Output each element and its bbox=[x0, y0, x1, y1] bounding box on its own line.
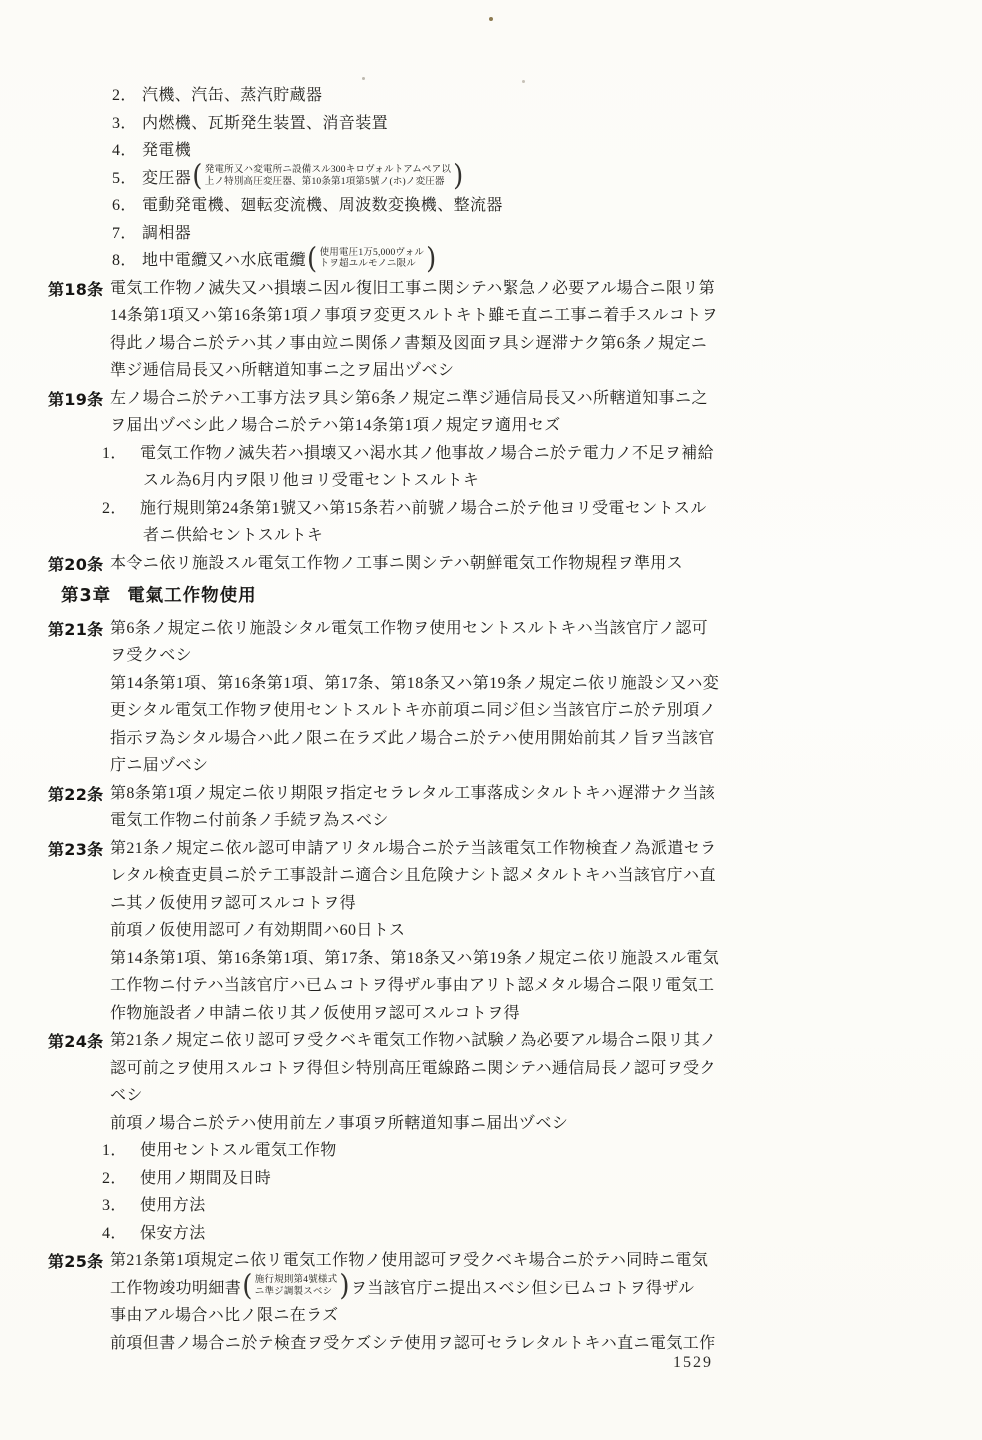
item-number: 2． bbox=[112, 82, 142, 105]
document-page: 2．汽機、汽缶、蒸汽貯蔵器3．内燃機、瓦斯発生装置、消音装置4．発電機5．変圧器… bbox=[0, 0, 982, 1440]
text-line: 電気工作物ノ滅失又ハ損壊ニ因ル復旧工事ニ関シテハ緊急ノ必要アル場合ニ限リ第 bbox=[100, 273, 738, 301]
line-text: 前項ノ仮使用認可ノ有効期間ハ60日トス bbox=[110, 917, 405, 940]
text-line: ヲ届出ヅベシ此ノ場合ニ於テハ第14条第1項ノ規定ヲ適用セズ bbox=[100, 410, 738, 438]
line-text: ヲ当該官庁ニ提出スベシ但シ已ムコトヲ得ザル bbox=[351, 1275, 695, 1298]
numbered-item-line: 2．使用ノ期間及日時 bbox=[100, 1163, 738, 1191]
warichu-open-paren: ( bbox=[307, 244, 318, 273]
text-line: 前項但書ノ場合ニ於テ検査ヲ受ケズシテ使用ヲ認可セラレタルトキハ直ニ電気工作 bbox=[100, 1328, 738, 1356]
line-text: 第14条第1項、第16条第1項、第17条、第18条又ハ第19条ノ規定ニ依リ施設ス… bbox=[110, 945, 719, 968]
text-line: ヲ受クベシ bbox=[100, 640, 738, 668]
line-text: 認可前之ヲ使用スルコトヲ得但シ特別高圧電線路ニ関シテハ逓信局長ノ認可ヲ受ク bbox=[110, 1055, 716, 1078]
line-text: 工作物ニ付テハ当該官庁ハ已ムコトヲ得ザル事由アリト認メタル場合ニ限リ電気工 bbox=[110, 972, 714, 995]
text-line: ベシ bbox=[100, 1080, 738, 1108]
article-section: 第24条第21条ノ規定ニ依リ認可ヲ受クベキ電気工作物ハ試験ノ為必要アル場合ニ限リ… bbox=[48, 1025, 738, 1245]
line-text: 使用ノ期間及日時 bbox=[140, 1165, 271, 1188]
line-text: 第21条第1項規定ニ依リ電気工作物ノ使用認可ヲ受クベキ場合ニ於テハ同時ニ電気 bbox=[110, 1247, 708, 1270]
text-line: 作物施設者ノ申請ニ依リ其ノ仮使用ヲ認可スルコトヲ得 bbox=[100, 998, 738, 1026]
text-line: 電気工作物ニ付前条ノ手続ヲ為スベシ bbox=[100, 805, 738, 833]
item-number: 3． bbox=[102, 1192, 140, 1215]
line-text: 14条第1項又ハ第16条第1項ノ事項ヲ変更スルトキト雖モ直ニ工事ニ着手スルコトヲ bbox=[110, 302, 718, 325]
item-number: 4． bbox=[102, 1220, 140, 1243]
page-number: 1529 bbox=[673, 1354, 713, 1372]
item-number: 6． bbox=[112, 192, 142, 215]
line-text: 前項但書ノ場合ニ於テ検査ヲ受ケズシテ使用ヲ認可セラレタルトキハ直ニ電気工作 bbox=[110, 1330, 716, 1353]
text-line: 指示ヲ為シタル場合ハ此ノ限ニ在ラズ此ノ場合ニ於テハ使用開始前其ノ旨ヲ当該官 bbox=[100, 723, 738, 751]
item-number: 7． bbox=[112, 220, 142, 243]
warichu-close-paren: ) bbox=[453, 162, 464, 191]
text-line: 事由アル場合ハ比ノ限ニ在ラズ bbox=[100, 1300, 738, 1328]
line-text: 指示ヲ為シタル場合ハ此ノ限ニ在ラズ此ノ場合ニ於テハ使用開始前其ノ旨ヲ当該官 bbox=[110, 725, 715, 748]
chapter-number: 第3章 bbox=[61, 582, 111, 607]
numbered-item-line: 7．調相器 bbox=[100, 218, 738, 246]
article-number-label: 第21条 bbox=[48, 617, 103, 640]
numbered-item-line: 2．施行規則第24条第1號又ハ第15条若ハ前號ノ場合ニ於テ他ヨリ受電セントスル bbox=[100, 493, 738, 521]
chapter-title: 電氣工作物使用 bbox=[127, 582, 257, 607]
scan-speck bbox=[522, 80, 525, 83]
numbered-item-line: 6．電動発電機、廻転変流機、周波数変換機、整流器 bbox=[100, 190, 738, 218]
line-text: 使用方法 bbox=[140, 1192, 206, 1215]
article-number-label: 第25条 bbox=[48, 1249, 103, 1272]
numbered-item-line: 1．使用セントスル電気工作物 bbox=[100, 1135, 738, 1163]
article-section: 第25条第21条第1項規定ニ依リ電気工作物ノ使用認可ヲ受クベキ場合ニ於テハ同時ニ… bbox=[48, 1245, 738, 1355]
line-text: 汽機、汽缶、蒸汽貯蔵器 bbox=[142, 82, 322, 105]
article-section: 第22条第8条第1項ノ規定ニ依リ期限ヲ指定セラレタル工事落成シタルトキハ遅滞ナク… bbox=[48, 778, 738, 833]
text-line: 認可前之ヲ使用スルコトヲ得但シ特別高圧電線路ニ関シテハ逓信局長ノ認可ヲ受ク bbox=[100, 1053, 738, 1081]
text-line: 左ノ場合ニ於テハ工事方法ヲ具シ第6条ノ規定ニ準ジ逓信局長又ハ所轄道知事ニ之 bbox=[100, 383, 738, 411]
inline-note: (発電所又ハ変電所ニ設備スル300キロヴォルトアムペア以上ノ特別高圧変圧器、第1… bbox=[192, 163, 463, 191]
text-line: 前項ノ場合ニ於テハ使用前左ノ事項ヲ所轄道知事ニ届出ヅベシ bbox=[100, 1108, 738, 1136]
text-line: 更シタル電気工作物ヲ使用セントスルトキ亦前項ニ同ジ但シ当該官庁ニ於テ別項ノ bbox=[100, 695, 738, 723]
text-line: ニ其ノ仮使用ヲ認可スルコトヲ得 bbox=[100, 888, 738, 916]
warichu-lines: 施行規則第4號様式ニ準ジ調製スベシ bbox=[255, 1275, 338, 1297]
text-line: レタル検査吏員ニ於テ工事設計ニ適合シ且危険ナシト認メタルトキハ当該官庁ハ直 bbox=[100, 860, 738, 888]
numbered-item-line: 1．電気工作物ノ滅失若ハ損壊又ハ渇水其ノ他事故ノ場合ニ於テ電力ノ不足ヲ補給 bbox=[100, 438, 738, 466]
chapter-heading: 第3章電氣工作物使用 bbox=[48, 581, 738, 609]
document-content: 2．汽機、汽缶、蒸汽貯蔵器3．内燃機、瓦斯発生装置、消音装置4．発電機5．変圧器… bbox=[48, 80, 738, 1355]
numbered-item-line: 4．保安方法 bbox=[100, 1218, 738, 1246]
text-line: 第14条第1項、第16条第1項、第17条、第18条又ハ第19条ノ規定ニ依リ施設シ… bbox=[100, 668, 738, 696]
numbered-item-line: 8．地中電纜又ハ水底電纜(使用電圧1万5,000ヴォルトヲ超ユルモノニ限ル) bbox=[100, 245, 738, 273]
line-text: 第21条ノ規定ニ依ル認可申請アリタル場合ニ於テ当該電気工作物検査ノ為派遣セラ bbox=[110, 835, 717, 858]
article-section: 第18条電気工作物ノ滅失又ハ損壊ニ因ル復旧工事ニ関シテハ緊急ノ必要アル場合ニ限リ… bbox=[48, 273, 738, 383]
text-line: 第21条ノ規定ニ依リ認可ヲ受クベキ電気工作物ハ試験ノ為必要アル場合ニ限リ其ノ bbox=[100, 1025, 738, 1053]
line-text: ヲ届出ヅベシ此ノ場合ニ於テハ第14条第1項ノ規定ヲ適用セズ bbox=[110, 412, 561, 435]
line-text: 本令ニ依リ施設スル電気工作物ノ工事ニ関シテハ朝鮮電気工作物規程ヲ準用ス bbox=[110, 550, 683, 573]
text-line: 14条第1項又ハ第16条第1項ノ事項ヲ変更スルトキト雖モ直ニ工事ニ着手スルコトヲ bbox=[100, 300, 738, 328]
line-text: 作物施設者ノ申請ニ依リ其ノ仮使用ヲ認可スルコトヲ得 bbox=[110, 1000, 520, 1023]
text-line: 準ジ逓信局長又ハ所轄道知事ニ之ヲ届出ヅベシ bbox=[100, 355, 738, 383]
line-text: 保安方法 bbox=[140, 1220, 206, 1243]
warichu-open-paren: ( bbox=[192, 162, 203, 191]
line-text: 得此ノ場合ニ於テハ其ノ事由竝ニ関係ノ書類及図面ヲ具シ遅滞ナク第6条ノ規定ニ bbox=[110, 330, 707, 353]
line-text: 施行規則第24条第1號又ハ第15条若ハ前號ノ場合ニ於テ他ヨリ受電セントスル bbox=[140, 495, 707, 518]
numbered-item-line: 2．汽機、汽缶、蒸汽貯蔵器 bbox=[100, 80, 738, 108]
line-text: 調相器 bbox=[142, 220, 191, 243]
warichu-line: 使用電圧1万5,000ヴォル bbox=[320, 248, 425, 259]
line-text: 第8条第1項ノ規定ニ依リ期限ヲ指定セラレタル工事落成シタルトキハ遅滞ナク当該 bbox=[110, 780, 715, 803]
warichu-open-paren: ( bbox=[242, 1272, 253, 1301]
line-text: レタル検査吏員ニ於テ工事設計ニ適合シ且危険ナシト認メタルトキハ当該官庁ハ直 bbox=[110, 862, 716, 885]
line-text: 電動発電機、廻転変流機、周波数変換機、整流器 bbox=[142, 192, 503, 215]
article-section: 第23条第21条ノ規定ニ依ル認可申請アリタル場合ニ於テ当該電気工作物検査ノ為派遣… bbox=[48, 833, 738, 1026]
line-text: ベシ bbox=[110, 1082, 143, 1105]
text-line: 第14条第1項、第16条第1項、第17条、第18条又ハ第19条ノ規定ニ依リ施設ス… bbox=[100, 943, 738, 971]
item-number: 5． bbox=[112, 165, 142, 188]
text-line: 第8条第1項ノ規定ニ依リ期限ヲ指定セラレタル工事落成シタルトキハ遅滞ナク当該 bbox=[100, 778, 738, 806]
text-line: 第21条第1項規定ニ依リ電気工作物ノ使用認可ヲ受クベキ場合ニ於テハ同時ニ電気 bbox=[100, 1245, 738, 1273]
item-number: 1． bbox=[102, 1137, 140, 1160]
item-number: 8． bbox=[112, 247, 142, 270]
warichu-line: 上ノ特別高圧変圧器、第10条第1項第5號ノ(ホ)ノ変圧器 bbox=[205, 177, 451, 188]
line-text: 電気工作物ノ滅失又ハ損壊ニ因ル復旧工事ニ関シテハ緊急ノ必要アル場合ニ限リ第 bbox=[110, 275, 715, 298]
article-number-label: 第22条 bbox=[48, 782, 103, 805]
line-text: 内燃機、瓦斯発生装置、消音装置 bbox=[142, 110, 388, 133]
text-line: スル為6月内ヲ限リ他ヨリ受電セントスルトキ bbox=[100, 465, 738, 493]
line-text: ヲ受クベシ bbox=[110, 642, 192, 665]
text-line: 工作物ニ付テハ当該官庁ハ已ムコトヲ得ザル事由アリト認メタル場合ニ限リ電気工 bbox=[100, 970, 738, 998]
warichu-lines: 使用電圧1万5,000ヴォルトヲ超ユルモノニ限ル bbox=[320, 248, 425, 270]
article-section: 第20条本令ニ依リ施設スル電気工作物ノ工事ニ関シテハ朝鮮電気工作物規程ヲ準用ス bbox=[48, 548, 738, 576]
line-text: スル為6月内ヲ限リ他ヨリ受電セントスルトキ bbox=[143, 467, 479, 490]
item-number: 1． bbox=[102, 440, 140, 463]
line-text: 電気工作物ノ滅失若ハ損壊又ハ渇水其ノ他事故ノ場合ニ於テ電力ノ不足ヲ補給 bbox=[140, 440, 714, 463]
warichu-close-paren: ) bbox=[426, 244, 437, 273]
warichu-line: 施行規則第4號様式 bbox=[255, 1275, 338, 1286]
warichu-line: ニ準ジ調製スベシ bbox=[255, 1287, 338, 1298]
article-number-label: 第20条 bbox=[48, 552, 103, 575]
numbered-item-line: 5．変圧器(発電所又ハ変電所ニ設備スル300キロヴォルトアムペア以上ノ特別高圧変… bbox=[100, 163, 738, 191]
article-number-label: 第23条 bbox=[48, 837, 103, 860]
item-number: 4． bbox=[112, 137, 142, 160]
text-line: 本令ニ依リ施設スル電気工作物ノ工事ニ関シテハ朝鮮電気工作物規程ヲ準用ス bbox=[100, 548, 738, 576]
line-text: 変圧器 bbox=[142, 165, 191, 188]
numbered-item-line: 3．内燃機、瓦斯発生装置、消音装置 bbox=[100, 108, 738, 136]
article-number-label: 第18条 bbox=[48, 277, 103, 300]
scan-speck bbox=[489, 17, 493, 21]
line-text: 使用セントスル電気工作物 bbox=[140, 1137, 337, 1160]
item-number: 2． bbox=[102, 495, 140, 518]
warichu-close-paren: ) bbox=[339, 1272, 350, 1301]
line-text: 庁ニ届ヅベシ bbox=[110, 752, 208, 775]
article-number-label: 第24条 bbox=[48, 1029, 103, 1052]
line-text: 電気工作物ニ付前条ノ手続ヲ為スベシ bbox=[110, 807, 389, 830]
line-text: 前項ノ場合ニ於テハ使用前左ノ事項ヲ所轄道知事ニ届出ヅベシ bbox=[110, 1110, 568, 1133]
line-text: 第14条第1項、第16条第1項、第17条、第18条又ハ第19条ノ規定ニ依リ施設シ… bbox=[110, 670, 719, 693]
line-text: 工作物竣功明細書 bbox=[110, 1275, 241, 1298]
line-text: 発電機 bbox=[142, 137, 191, 160]
line-text: 準ジ逓信局長又ハ所轄道知事ニ之ヲ届出ヅベシ bbox=[110, 357, 454, 380]
warichu-line: トヲ超ユルモノニ限ル bbox=[320, 259, 425, 270]
inline-note: (使用電圧1万5,000ヴォルトヲ超ユルモノニ限ル) bbox=[307, 245, 437, 273]
text-line: 得此ノ場合ニ於テハ其ノ事由竝ニ関係ノ書類及図面ヲ具シ遅滞ナク第6条ノ規定ニ bbox=[100, 328, 738, 356]
item-number: 2． bbox=[102, 1165, 140, 1188]
text-line: 前項ノ仮使用認可ノ有効期間ハ60日トス bbox=[100, 915, 738, 943]
text-line: 工作物竣功明細書(施行規則第4號様式ニ準ジ調製スベシ)ヲ当該官庁ニ提出スベシ但シ… bbox=[100, 1273, 738, 1301]
line-text: 事由アル場合ハ比ノ限ニ在ラズ bbox=[110, 1302, 338, 1325]
numbered-item-line: 3．使用方法 bbox=[100, 1190, 738, 1218]
text-line: 第6条ノ規定ニ依リ施設シタル電気工作物ヲ使用セントスルトキハ当該官庁ノ認可 bbox=[100, 613, 738, 641]
line-text: 第21条ノ規定ニ依リ認可ヲ受クベキ電気工作物ハ試験ノ為必要アル場合ニ限リ其ノ bbox=[110, 1027, 717, 1050]
inline-note: (施行規則第4號様式ニ準ジ調製スベシ) bbox=[242, 1273, 350, 1301]
warichu-lines: 発電所又ハ変電所ニ設備スル300キロヴォルトアムペア以上ノ特別高圧変圧器、第10… bbox=[205, 165, 451, 187]
text-line: 第21条ノ規定ニ依ル認可申請アリタル場合ニ於テ当該電気工作物検査ノ為派遣セラ bbox=[100, 833, 738, 861]
article-section: 第19条左ノ場合ニ於テハ工事方法ヲ具シ第6条ノ規定ニ準ジ逓信局長又ハ所轄道知事ニ… bbox=[48, 383, 738, 548]
line-text: 第6条ノ規定ニ依リ施設シタル電気工作物ヲ使用セントスルトキハ当該官庁ノ認可 bbox=[110, 615, 708, 638]
text-line: 者ニ供給セントスルトキ bbox=[100, 520, 738, 548]
line-text: 更シタル電気工作物ヲ使用セントスルトキ亦前項ニ同ジ但シ当該官庁ニ於テ別項ノ bbox=[110, 697, 716, 720]
line-text: ニ其ノ仮使用ヲ認可スルコトヲ得 bbox=[110, 890, 356, 913]
line-text: 左ノ場合ニ於テハ工事方法ヲ具シ第6条ノ規定ニ準ジ逓信局長又ハ所轄道知事ニ之 bbox=[110, 385, 708, 408]
article-section: 第21条第6条ノ規定ニ依リ施設シタル電気工作物ヲ使用セントスルトキハ当該官庁ノ認… bbox=[48, 613, 738, 778]
warichu-line: 発電所又ハ変電所ニ設備スル300キロヴォルトアムペア以 bbox=[205, 165, 451, 176]
scan-speck bbox=[362, 77, 365, 80]
line-text: 地中電纜又ハ水底電纜 bbox=[142, 247, 306, 270]
list-section: 2．汽機、汽缶、蒸汽貯蔵器3．内燃機、瓦斯発生装置、消音装置4．発電機5．変圧器… bbox=[48, 80, 738, 273]
line-text: 者ニ供給セントスルトキ bbox=[143, 522, 323, 545]
text-line: 庁ニ届ヅベシ bbox=[100, 750, 738, 778]
item-number: 3． bbox=[112, 110, 142, 133]
article-number-label: 第19条 bbox=[48, 387, 103, 410]
